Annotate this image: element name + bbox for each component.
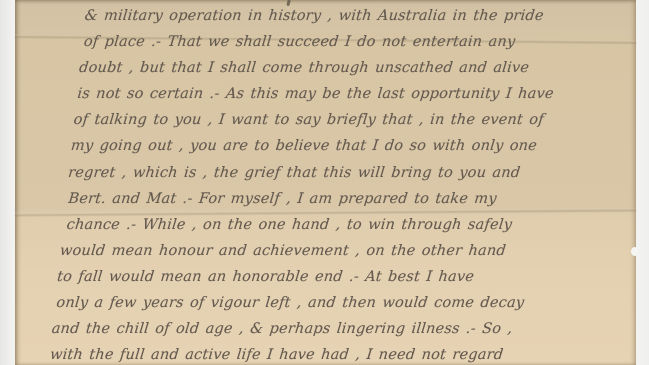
- letter-line: with the full and active life I have had…: [48, 342, 601, 365]
- letter-line: doubt , but that I shall come through un…: [78, 55, 631, 81]
- letter-line: and the chill of old age , & perhaps lin…: [50, 316, 603, 342]
- letter-line: my going out , you are to believe that I…: [70, 133, 623, 159]
- scan-background: & military operation in history , with A…: [0, 0, 649, 365]
- letter-line: & military operation in history , with A…: [83, 3, 636, 29]
- letter-line: to fall would mean an honorable end .- A…: [56, 264, 609, 290]
- letter-line: Bert. and Mat .- For myself , I am prepa…: [64, 186, 617, 212]
- letter-line: would mean honour and achievement , on t…: [59, 238, 612, 264]
- letter-line: is not so certain .- As this may be the …: [75, 81, 628, 107]
- letter-line: regret , which is , the grief that this …: [67, 160, 620, 186]
- letter-page: & military operation in history , with A…: [15, 0, 636, 365]
- letter-line: of place .- That we shall succeed I do n…: [81, 29, 634, 55]
- paper-edge-notch: [631, 247, 638, 256]
- letter-line: only a few years of vigour left , and th…: [53, 290, 606, 316]
- letter-line: chance .- While , on the one hand , to w…: [61, 212, 614, 238]
- letter-line: of talking to you , I want to say briefl…: [72, 107, 625, 133]
- letter-body: & military operation in history , with A…: [0, 3, 636, 365]
